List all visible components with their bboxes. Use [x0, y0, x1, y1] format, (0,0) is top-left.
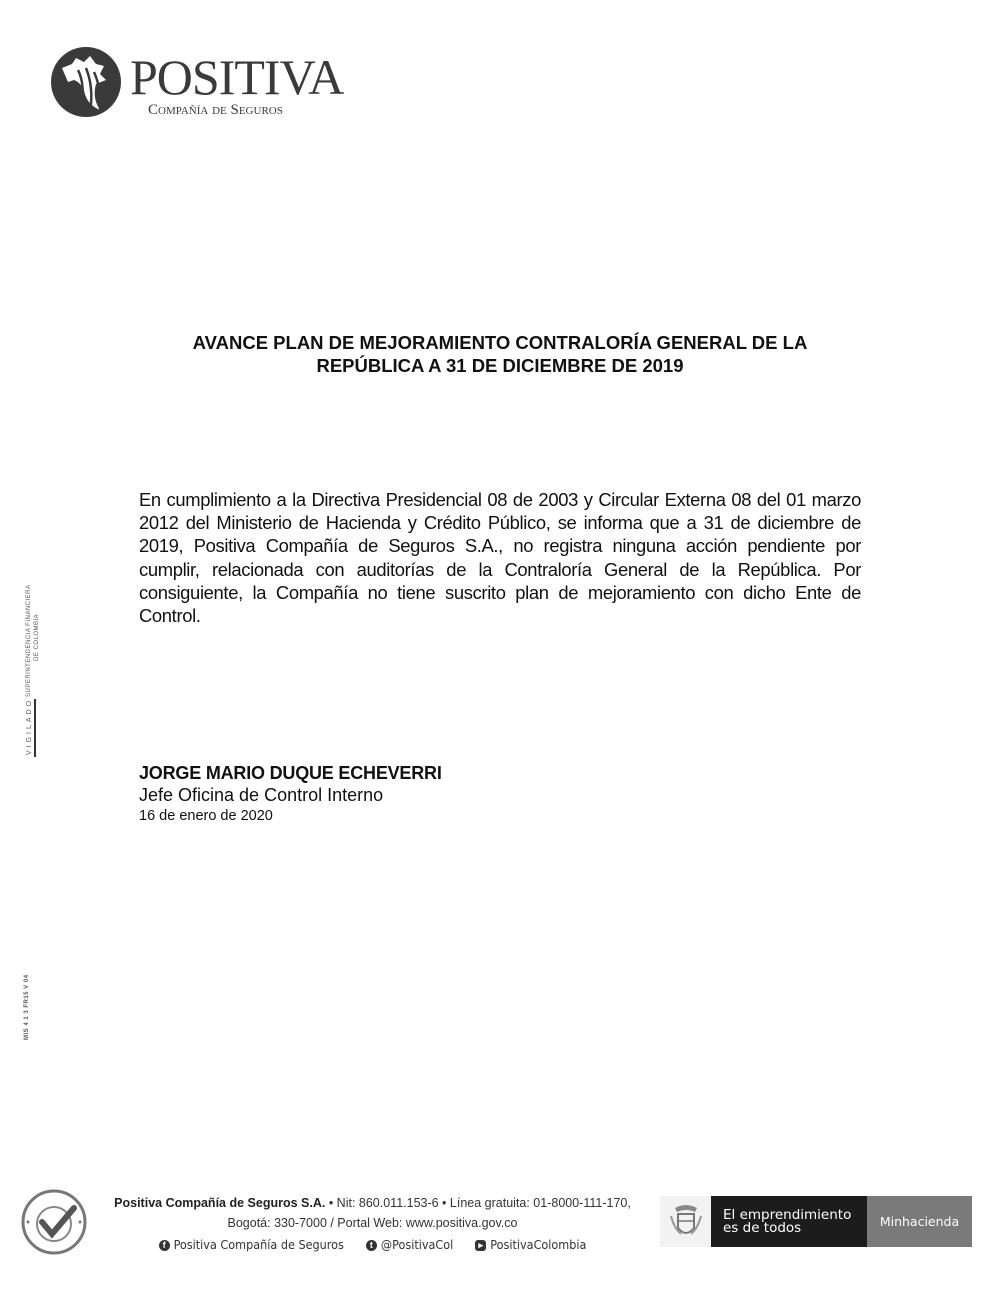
logo-tagline: Compañía de Seguros	[148, 102, 283, 119]
document-title: AVANCE PLAN DE MEJORAMIENTO CONTRALORÍA …	[140, 331, 860, 377]
ministry-label: Minhacienda	[867, 1196, 972, 1247]
social-twitter[interactable]: t @PositivaCol	[366, 1235, 453, 1255]
positiva-wave-logo-icon	[50, 46, 122, 118]
document-body: En cumplimiento a la Directiva Presidenc…	[139, 488, 861, 627]
signer-name: JORGE MARIO DUQUE ECHEVERRI	[139, 762, 442, 784]
certification-badge-icon	[20, 1188, 88, 1256]
footer-contact: Positiva Compañía de Seguros S.A. • Nit:…	[105, 1193, 640, 1255]
signature-block: JORGE MARIO DUQUE ECHEVERRI Jefe Oficina…	[139, 762, 442, 826]
company-logo: POSITIVA Compañía de Seguros	[50, 46, 340, 126]
supervisor-line-1: SUPERINTENDENCIA FINANCIERA	[26, 584, 32, 697]
social-facebook-label: Positiva Compañía de Seguros	[174, 1235, 344, 1255]
slogan-line-2: es de todos	[723, 1222, 867, 1235]
footer-social-links: f Positiva Compañía de Seguros t @Positi…	[105, 1235, 640, 1255]
social-facebook[interactable]: f Positiva Compañía de Seguros	[159, 1235, 344, 1255]
signature-date: 16 de enero de 2020	[139, 806, 442, 826]
twitter-icon: t	[366, 1240, 377, 1251]
supervisor-line-2: DE COLOMBIA	[34, 614, 40, 661]
footer-company: Positiva Compañía de Seguros S.A.	[114, 1196, 325, 1210]
footer-nit: • Nit: 860.011.153-6 • Línea gratuita: 0…	[329, 1196, 631, 1210]
logo-name: POSITIVA	[130, 52, 343, 102]
vigilado-mark: VIGILADO SUPERINTENDENCIA FINANCIERA DE …	[22, 595, 44, 760]
youtube-icon: ▸	[475, 1240, 486, 1251]
title-line-2: REPÚBLICA A 31 DE DICIEMBRE DE 2019	[140, 354, 860, 377]
government-slogan: El emprendimiento es de todos	[711, 1196, 867, 1247]
signer-role: Jefe Oficina de Control Interno	[139, 784, 442, 806]
facebook-icon: f	[159, 1240, 170, 1251]
title-line-1: AVANCE PLAN DE MEJORAMIENTO CONTRALORÍA …	[140, 331, 860, 354]
colombia-coat-of-arms-icon	[660, 1196, 711, 1247]
social-twitter-label: @PositivaCol	[381, 1235, 453, 1255]
vigilado-divider	[34, 699, 36, 757]
form-code: MIS 4 1 3 FR15 V 04	[24, 974, 30, 1040]
vigilado-label: VIGILADO	[26, 698, 33, 755]
social-youtube[interactable]: ▸ PositivaColombia	[475, 1235, 586, 1255]
government-banner: El emprendimiento es de todos Minhaciend…	[660, 1196, 972, 1247]
social-youtube-label: PositivaColombia	[490, 1235, 586, 1255]
footer-line-2: Bogotá: 330-7000 / Portal Web: www.posit…	[105, 1213, 640, 1233]
